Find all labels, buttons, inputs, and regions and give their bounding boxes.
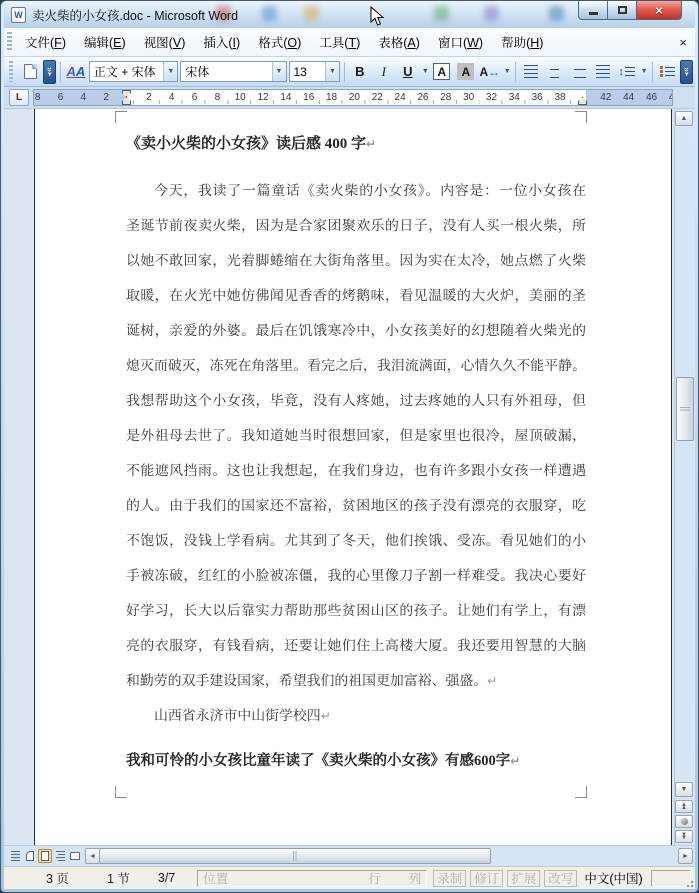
- ruler-numbers: 2468101214161820222426283032343638: [137, 91, 571, 104]
- text-line: 熄灭而破灭，冻死在角落里。看完之后，我泪流满面，心情久久不能平静。: [126, 349, 586, 384]
- word-window: W 卖火柴的小女孩.doc - Microsoft Word × 文件(F)编辑…: [0, 0, 699, 893]
- horizontal-ruler[interactable]: 8642 2468101214161820222426283032343638 …: [33, 89, 673, 106]
- new-document-icon: [24, 64, 37, 79]
- document-byline: 山西省永济市中山街学校四↵: [126, 699, 586, 734]
- text-line: 好学习，长大以后靠实力帮助那些贫困山区的孩子。让她们有学上，有漂: [126, 594, 586, 629]
- character-scale-button[interactable]: A↔: [479, 61, 501, 83]
- menu-item[interactable]: 插入(I): [194, 29, 249, 55]
- text-line: 我想帮助这个小女孩，毕竟，没有人疼她，过去疼她的人只有外祖母，但: [126, 384, 586, 419]
- paragraph-mark: ↵: [366, 137, 376, 151]
- menu-item[interactable]: 帮助(H): [492, 29, 552, 55]
- dropdown-arrow-icon: ▼: [684, 72, 690, 78]
- separator: [344, 62, 345, 82]
- paragraph-mark: ↵: [321, 709, 331, 723]
- ruler-numbers-right: 42444648: [594, 91, 673, 104]
- margin-crop-mark: [115, 786, 127, 798]
- mode-toggle-button[interactable]: 录制: [433, 870, 466, 887]
- browse-object-icon: [681, 818, 688, 825]
- menu-item[interactable]: 表格(A): [369, 29, 429, 55]
- character-border-icon: A: [433, 63, 450, 80]
- mode-toggle-button[interactable]: 扩展: [507, 870, 540, 887]
- character-border-button[interactable]: A: [431, 61, 453, 83]
- chevron-down-icon[interactable]: ▼: [504, 68, 511, 75]
- line-spacing-icon: ↕: [618, 66, 624, 78]
- font-size-combobox[interactable]: 13 ▼: [289, 61, 340, 82]
- underline-button[interactable]: U: [397, 61, 419, 83]
- thumb-grip: [293, 851, 298, 861]
- text-line: 不能遮风挡雨。这也让我想起，在我们身边，也有许多跟小女孩一样遭遇: [126, 454, 586, 489]
- language-indicator: 中文(中国): [584, 869, 642, 887]
- web-layout-view-button[interactable]: [23, 849, 37, 863]
- text-line: 不饱饭，没钱上学看病。尤其到了冬天，他们挨饿、受冻。看见她们的小: [126, 524, 586, 559]
- align-right-button[interactable]: [568, 61, 590, 83]
- text-line: 是外祖母去世了。我知道她当时很想回家，但是家里也很冷，屋顶破漏，: [126, 419, 586, 454]
- select-browse-object-button[interactable]: [675, 815, 693, 828]
- text-line: 圣诞节前夜卖火柴，因为是合家团聚欢乐的日子，没有人买一根火柴，所: [126, 209, 586, 244]
- styles-icon: A: [67, 64, 76, 79]
- chevron-down-icon[interactable]: ▼: [272, 62, 286, 81]
- print-layout-view-button[interactable]: [38, 849, 52, 863]
- glass-reflection: [434, 6, 449, 21]
- document-heading: 《卖小火柴的小女孩》读后感 400 字↵: [126, 133, 586, 155]
- new-document-button[interactable]: [19, 61, 41, 83]
- text-line: 和勤劳的双手建设国家，希望我们的祖国更加富裕、强盛。↵: [126, 664, 586, 699]
- distribute-button[interactable]: [592, 61, 614, 83]
- margin-crop-mark: [575, 786, 587, 798]
- ruler-numbers-left: 8642: [33, 91, 118, 104]
- character-scale-icon: A: [479, 65, 488, 79]
- position-label: 位置: [203, 869, 228, 887]
- scroll-up-button[interactable]: ▲: [675, 111, 693, 126]
- menu-item[interactable]: 窗口(W): [429, 29, 492, 55]
- line-spacing-button[interactable]: ↕: [616, 61, 638, 83]
- chevron-icon: »: [684, 66, 690, 70]
- bold-button[interactable]: B: [349, 61, 371, 83]
- styles-icon: A: [76, 64, 85, 79]
- print-layout-icon: [41, 851, 49, 861]
- text-line: 诞树，亲爱的外婆。最后在饥饿寒冷中，小女孩美好的幻想随着火柴光的: [126, 314, 586, 349]
- word-app-icon[interactable]: W: [11, 7, 26, 23]
- document-heading-2: 我和可怜的小女孩比童年读了《卖火柴的小女孩》有感600字↵: [126, 750, 586, 772]
- minimize-icon: [589, 12, 598, 15]
- normal-view-button[interactable]: [8, 849, 22, 863]
- menu-item[interactable]: 文件(F): [16, 29, 75, 55]
- minimize-button[interactable]: [578, 1, 608, 20]
- document-page[interactable]: 《卖小火柴的小女孩》读后感 400 字↵ 今天，我读了一篇童话《卖火柴的小女孩》…: [34, 109, 672, 845]
- web-layout-icon: [26, 851, 34, 861]
- tab-selector-button[interactable]: L: [9, 89, 29, 106]
- page-number-indicator: 3 页: [46, 869, 69, 887]
- column-label: 列: [409, 869, 422, 887]
- styles-pane-button[interactable]: AA: [65, 61, 87, 83]
- outline-view-icon: [56, 851, 65, 861]
- page-ratio-indicator: 3/7: [158, 871, 175, 885]
- mode-toggle-button[interactable]: 改写: [544, 870, 577, 887]
- chevron-down-icon[interactable]: ▼: [422, 68, 429, 75]
- paragraph-mark: ↵: [487, 674, 497, 688]
- text-line: 以她不敢回家，光着脚蜷缩在大街角落里。因为实在太冷，她点燃了火柴: [126, 244, 586, 279]
- document-area: 《卖小火柴的小女孩》读后感 400 字↵ 今天，我读了一篇童话《卖火柴的小女孩》…: [4, 109, 695, 845]
- font-combobox[interactable]: 宋体 ▼: [180, 61, 286, 82]
- horizontal-scrollbar-row: ◄ ►: [4, 845, 695, 866]
- menu-items: 文件(F)编辑(E)视图(V)插入(I)格式(O)工具(T)表格(A)窗口(W)…: [16, 29, 552, 55]
- toolbar-options-button[interactable]: » ▼: [680, 60, 693, 84]
- character-shading-button[interactable]: A: [455, 61, 477, 83]
- toolbar-options-button[interactable]: » ▼: [43, 60, 56, 84]
- distribute-icon: [596, 65, 610, 79]
- line-spacing-bars: [625, 67, 635, 77]
- glass-reflection: [549, 6, 564, 21]
- justify-button[interactable]: [520, 61, 542, 83]
- position-panel: 位置 行 列: [197, 870, 427, 887]
- separator: [515, 62, 516, 82]
- maximize-button[interactable]: [608, 1, 636, 20]
- reading-layout-icon: [70, 852, 80, 860]
- paragraph-mark: ↵: [510, 754, 520, 768]
- font-size-value: 13: [290, 65, 325, 79]
- font-value: 宋体: [181, 63, 271, 80]
- outline-view-button[interactable]: [53, 849, 67, 863]
- close-document-icon[interactable]: ×: [679, 35, 687, 50]
- menu-bar: 文件(F)编辑(E)视图(V)插入(I)格式(O)工具(T)表格(A)窗口(W)…: [4, 28, 695, 57]
- align-center-button[interactable]: [544, 61, 566, 83]
- scroll-left-button[interactable]: ◄: [85, 848, 100, 864]
- menu-item[interactable]: 格式(O): [249, 29, 310, 55]
- maximize-icon: [618, 6, 627, 14]
- separator: [60, 62, 61, 82]
- menu-item[interactable]: 视图(V): [135, 29, 195, 55]
- text-line: 亮的衣服穿，有钱看病，还要让她们住上高楼大厦。我还要用智慧的大脑: [126, 629, 586, 664]
- glass-reflection: [484, 6, 499, 21]
- formatting-toolbar: » ▼ AA 正文 + 宋体 ▼ 宋体 ▼ 13 ▼ B I U ▼: [4, 57, 695, 87]
- line-label: 行: [368, 869, 381, 887]
- scroll-down-button[interactable]: ▼: [675, 782, 693, 797]
- align-center-icon: [548, 65, 562, 79]
- ruler-row: L 8642 246810121416182022242628303234363…: [4, 87, 695, 109]
- scroll-right-button[interactable]: ►: [678, 848, 693, 864]
- vertical-scrollbar[interactable]: ▲ ▼ ▲▲ ▼▼: [674, 109, 694, 845]
- chevron-down-icon[interactable]: ▼: [163, 62, 177, 81]
- character-shading-icon: A: [457, 63, 474, 80]
- scale-arrows-icon: ↔: [488, 65, 500, 79]
- view-buttons: [8, 849, 82, 863]
- separator: [652, 62, 653, 82]
- italic-button[interactable]: I: [373, 61, 395, 83]
- status-bar: 3 页 1 节 3/7 位置 行 列 录制修订扩展改写 中文(中国): [4, 866, 695, 889]
- menu-item[interactable]: 工具(T): [310, 29, 369, 55]
- numbering-button[interactable]: [656, 61, 678, 83]
- glass-reflection: [262, 6, 277, 21]
- dropdown-arrow-icon: ▼: [47, 72, 53, 78]
- text-line: 今天，我读了一篇童话《卖火柴的小女孩》。内容是：一位小女孩在: [126, 174, 586, 209]
- mode-toggle-button[interactable]: 修订: [470, 870, 503, 887]
- align-right-icon: [572, 65, 586, 79]
- document-text[interactable]: 《卖小火柴的小女孩》读后感 400 字↵ 今天，我读了一篇童话《卖火柴的小女孩》…: [126, 109, 586, 772]
- glass-reflection: [304, 6, 319, 21]
- style-value: 正文 + 宋体: [90, 63, 163, 80]
- close-button[interactable]: ×: [636, 1, 682, 20]
- justify-icon: [524, 65, 538, 79]
- reading-layout-view-button[interactable]: [68, 849, 82, 863]
- normal-view-icon: [11, 851, 20, 861]
- next-page-button[interactable]: ▼▼: [675, 830, 693, 843]
- menu-item[interactable]: 编辑(E): [75, 29, 135, 55]
- chevron-down-icon[interactable]: ▼: [325, 62, 339, 81]
- text-line: 手被冻破，红红的小脸被冻僵，我的心里像刀子割一样难受。我决心要好: [126, 559, 586, 594]
- mouse-cursor: [370, 6, 384, 27]
- vertical-scrollbar-thumb[interactable]: [676, 377, 694, 441]
- text-line: 取暖，在火光中她仿佛闻见香香的烤鹅味，看见温暖的大火炉，美丽的圣: [126, 279, 586, 314]
- title-bar: W 卖火柴的小女孩.doc - Microsoft Word ×: [4, 1, 695, 28]
- resize-grip[interactable]: [684, 878, 694, 888]
- chevron-down-icon[interactable]: ▼: [641, 68, 648, 75]
- section-indicator: 1 节: [107, 869, 130, 887]
- text-line: 的人。由于我们的国家还不富裕，贫困地区的孩子没有漂亮的衣服穿，吃: [126, 489, 586, 524]
- horizontal-scrollbar-thumb[interactable]: [99, 848, 491, 864]
- mode-buttons: 录制修订扩展改写: [433, 870, 577, 887]
- document-paragraph: 今天，我读了一篇童话《卖火柴的小女孩》。内容是：一位小女孩在圣诞节前夜卖火柴，因…: [126, 174, 586, 699]
- toolbar-drag-handle[interactable]: [9, 61, 13, 81]
- previous-page-button[interactable]: ▲▲: [675, 800, 693, 813]
- numbering-icon: [660, 67, 675, 77]
- window-title: 卖火柴的小女孩.doc - Microsoft Word: [32, 6, 238, 24]
- thumb-grip: [680, 407, 690, 412]
- chevron-icon: »: [47, 66, 53, 70]
- style-combobox[interactable]: 正文 + 宋体 ▼: [89, 61, 178, 82]
- toolbar-drag-handle[interactable]: [7, 32, 12, 52]
